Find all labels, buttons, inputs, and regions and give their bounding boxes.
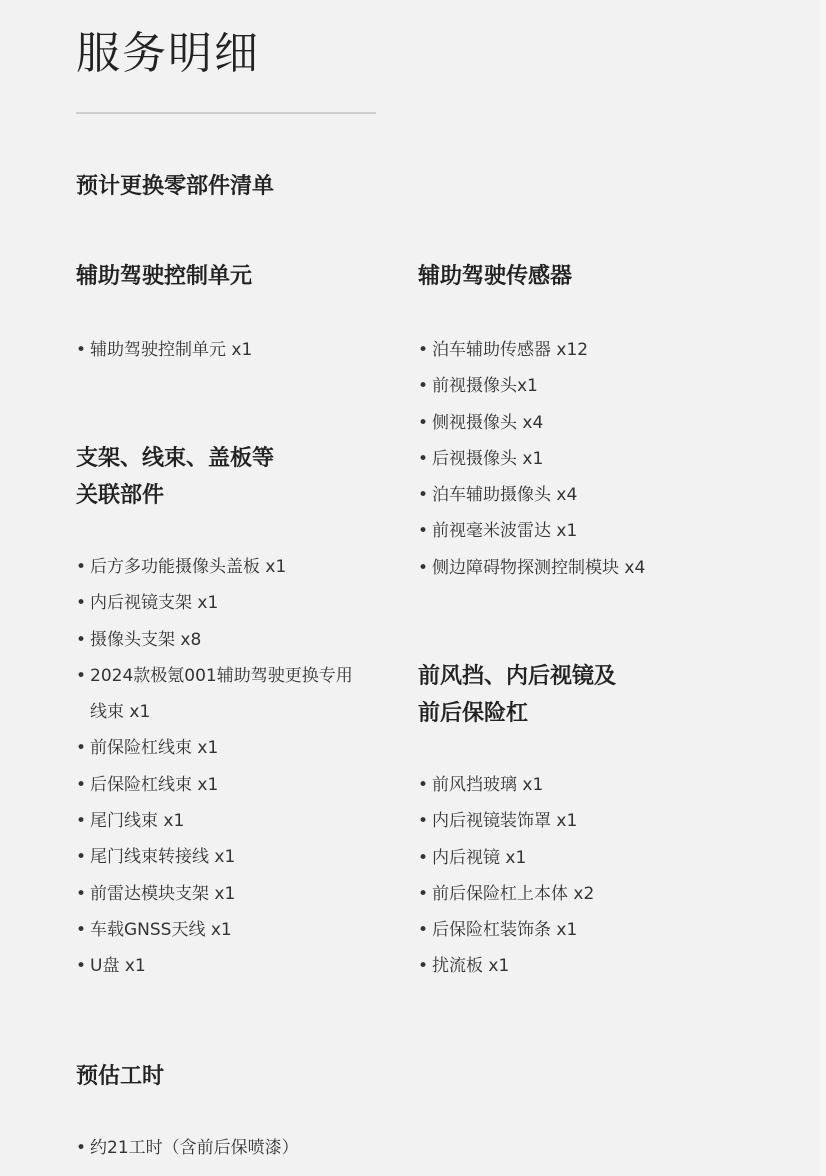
bullet-icon: •: [76, 912, 86, 948]
group-title-windshield-mirror-bumpers: 前风挡、内后视镜及 前后保险杠: [418, 658, 616, 732]
bullet-icon: •: [418, 332, 428, 368]
list-item: •车载GNSS天线 x1: [76, 912, 376, 948]
bullet-icon: •: [418, 513, 428, 549]
list-item: •前视毫米波雷达 x1: [418, 513, 718, 549]
bullet-icon: •: [76, 948, 86, 984]
group-title-line: 辅助驾驶传感器: [418, 264, 572, 289]
list-item: •泊车辅助摄像头 x4: [418, 477, 718, 513]
list-item: •约21工时（含前后保喷漆）: [76, 1130, 476, 1166]
bullet-icon: •: [76, 876, 86, 912]
list-item: •辅助驾驶控制单元 x1: [76, 332, 376, 368]
labor-list: •约21工时（含前后保喷漆）: [76, 1130, 476, 1166]
group-title-line: 关联部件: [76, 483, 164, 508]
list-item: •U盘 x1: [76, 948, 376, 984]
list-item: •后保险杠线束 x1: [76, 767, 376, 803]
bullet-icon: •: [418, 767, 428, 803]
list-item: •前后保险杠上本体 x2: [418, 876, 718, 912]
group-list-related-parts: •后方多功能摄像头盖板 x1 •内后视镜支架 x1 •摄像头支架 x8 •202…: [76, 549, 376, 985]
group-title-line: 前风挡、内后视镜及: [418, 664, 616, 689]
list-item: •后视摄像头 x1: [418, 441, 718, 477]
list-item: •泊车辅助传感器 x12: [418, 332, 718, 368]
bullet-icon: •: [76, 332, 86, 368]
list-item: •侧边障碍物探测控制模块 x4: [418, 550, 718, 586]
right-edge-strip: [820, 0, 826, 1176]
bullet-icon: •: [418, 912, 428, 948]
bullet-icon: •: [76, 730, 86, 766]
list-item: •前视摄像头x1: [418, 368, 718, 404]
group-title-adas-control-unit: 辅助驾驶控制单元: [76, 258, 252, 295]
list-item: •尾门线束 x1: [76, 803, 376, 839]
bullet-icon: •: [418, 441, 428, 477]
list-item: •后方多功能摄像头盖板 x1: [76, 549, 376, 585]
list-item: •内后视镜装饰罩 x1: [418, 803, 718, 839]
parts-section-title: 预计更换零部件清单: [76, 171, 274, 203]
bullet-icon: •: [76, 1130, 86, 1166]
page-title: 服务明细: [76, 26, 260, 82]
bullet-icon: •: [76, 585, 86, 621]
list-item: •内后视镜 x1: [418, 840, 718, 876]
title-divider: [76, 112, 376, 114]
bullet-icon: •: [418, 405, 428, 441]
list-item: •前保险杠线束 x1: [76, 730, 376, 766]
bullet-icon: •: [76, 658, 86, 694]
group-title-line: 辅助驾驶控制单元: [76, 264, 252, 289]
group-title-related-parts: 支架、线束、盖板等 关联部件: [76, 440, 274, 514]
bullet-icon: •: [76, 767, 86, 803]
bullet-icon: •: [76, 803, 86, 839]
list-item: •侧视摄像头 x4: [418, 405, 718, 441]
list-item: •后保险杠装饰条 x1: [418, 912, 718, 948]
group-list-adas-control-unit: •辅助驾驶控制单元 x1: [76, 332, 376, 368]
bullet-icon: •: [418, 803, 428, 839]
group-title-line: 支架、线束、盖板等: [76, 446, 274, 471]
bullet-icon: •: [418, 368, 428, 404]
list-item: •前风挡玻璃 x1: [418, 767, 718, 803]
group-list-adas-sensors: •泊车辅助传感器 x12 •前视摄像头x1 •侧视摄像头 x4 •后视摄像头 x…: [418, 332, 718, 586]
list-item: •尾门线束转接线 x1: [76, 839, 376, 875]
group-title-line: 前后保险杠: [418, 701, 528, 726]
bullet-icon: •: [418, 876, 428, 912]
list-item: •扰流板 x1: [418, 948, 718, 984]
bullet-icon: •: [418, 550, 428, 586]
list-item: •摄像头支架 x8: [76, 622, 376, 658]
list-item: •2024款极氪001辅助驾驶更换专用线束 x1: [76, 658, 376, 731]
bullet-icon: •: [76, 839, 86, 875]
bullet-icon: •: [418, 477, 428, 513]
group-list-windshield-mirror-bumpers: •前风挡玻璃 x1 •内后视镜装饰罩 x1 •内后视镜 x1 •前后保险杠上本体…: [418, 767, 718, 985]
group-title-adas-sensors: 辅助驾驶传感器: [418, 258, 572, 295]
labor-section-title: 预估工时: [76, 1061, 164, 1093]
bullet-icon: •: [76, 622, 86, 658]
list-item: •内后视镜支架 x1: [76, 585, 376, 621]
bullet-icon: •: [418, 948, 428, 984]
bullet-icon: •: [418, 840, 428, 876]
bullet-icon: •: [76, 549, 86, 585]
list-item: •前雷达模块支架 x1: [76, 876, 376, 912]
